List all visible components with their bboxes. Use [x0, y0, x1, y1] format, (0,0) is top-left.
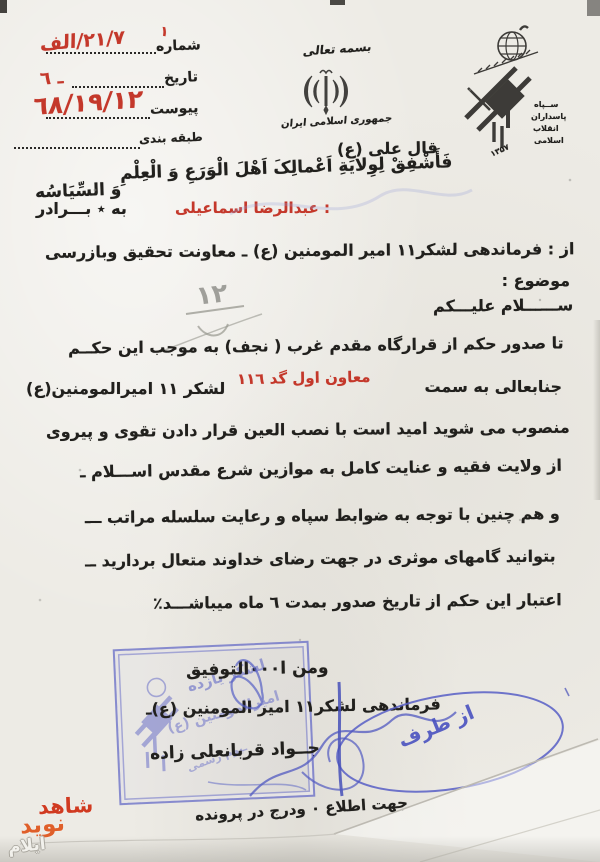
watermark-logo: شاهد نوید ایلام — [6, 790, 92, 862]
watermark-word-ilam: ایلام — [7, 834, 46, 858]
document-scan: شماره تاریخ پیوست طبقه بندی ۱ ۲۱/۷/الف ـ… — [0, 0, 600, 862]
fold-creases — [0, 0, 600, 862]
